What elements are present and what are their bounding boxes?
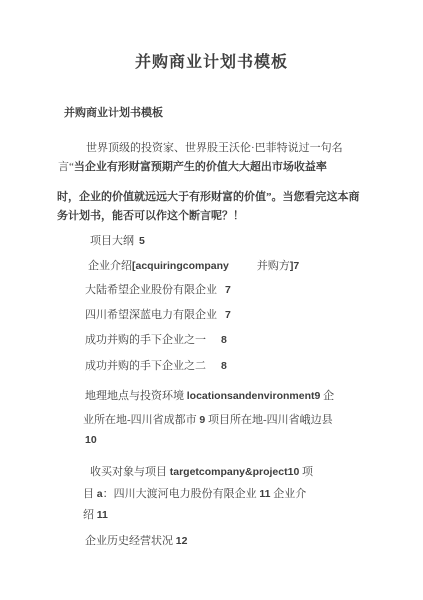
text-segment: 5	[139, 235, 145, 247]
document-title: 并购商业计划书模板	[0, 53, 423, 73]
text-segment: 大陆希望企业股份有限企业	[85, 284, 217, 296]
toc-entry-dalu-hope-company: 大陆希望企业股份有限企业7	[85, 283, 231, 297]
text-segment: 项目所在地-四川省峨边县	[205, 414, 332, 426]
text-segment: 11	[259, 488, 270, 500]
text-segment: 10	[85, 434, 97, 446]
text-segment: 目	[83, 488, 97, 500]
text-segment: 成功并购的手下企业之二	[85, 360, 206, 372]
text-segment: 收买对象与项目	[90, 466, 170, 478]
text-segment: 7	[225, 284, 231, 296]
text-segment: 企业介绍	[88, 260, 132, 272]
toc-entry-location-line2: 业所在地-四川省成都市 9 项目所在地-四川省峨边县	[83, 413, 333, 427]
toc-entry-target-line3: 绍 11	[83, 508, 108, 522]
text-segment: [acquiringcompany	[132, 260, 229, 272]
intro-paragraph2-line2: 务计划书，能否可以作这个断言呢？！	[57, 209, 244, 223]
document-subtitle: 并购商业计划书模板	[64, 106, 163, 120]
text-segment: 绍	[83, 509, 97, 521]
text-segment: 务计划书，能否可以作这个断言呢？！	[57, 210, 244, 222]
text-segment: locationsandenvironment9	[187, 390, 321, 402]
text-segment: 8	[221, 334, 227, 346]
text-segment: 11	[97, 509, 108, 521]
text-segment: 项	[299, 466, 313, 478]
text-segment: 12	[176, 535, 188, 547]
toc-entry-sichuan-hope-company: 四川希望深蓝电力有限企业7	[85, 308, 231, 322]
text-segment: 成功并购的手下企业之一	[85, 334, 206, 346]
text-segment: ]7	[290, 260, 299, 272]
toc-entry-acquired-company-2: 成功并购的手下企业之二8	[85, 359, 227, 373]
text-segment: 7	[225, 309, 231, 321]
text-segment: 当企业有形财富预期产生的价值大大超出市场收益率	[74, 161, 327, 173]
intro-paragraph1-line2: 言“当企业有形财富预期产生的价值大大超出市场收益率	[58, 160, 327, 174]
toc-entry-target-line1: 收买对象与项目 targetcompany&project10 项	[90, 465, 313, 479]
text-segment: 企业介	[270, 488, 306, 500]
text-segment: 。当您看完这本商	[272, 191, 360, 203]
toc-entry-company-intro: 企业介绍[acquiringcompany并购方]7	[88, 259, 299, 273]
text-segment: 8	[221, 360, 227, 372]
text-segment: 项目大纲	[90, 235, 134, 247]
toc-entry-target-line2: 目 a：四川大渡河电力股份有限企业 11 企业介	[83, 487, 306, 501]
document-page: 并购商业计划书模板 并购商业计划书模板 世界顶级的投资家、世界股王沃伦·巴菲特说…	[0, 0, 423, 600]
text-segment: 言“	[58, 161, 74, 173]
text-segment: 时，企业的价值就远远大于有形财富的价值”	[57, 191, 272, 203]
text-segment: 地理地点与投资环境	[85, 390, 187, 402]
text-segment: targetcompany&project10	[170, 466, 300, 478]
text-segment: 业所在地-四川省成都市	[83, 414, 199, 426]
text-segment: 企业历史经营状况	[85, 535, 176, 547]
text-segment: 并购方	[257, 260, 290, 272]
intro-paragraph1-line1: 世界顶级的投资家、世界股王沃伦·巴菲特说过一句名	[86, 141, 343, 155]
text-segment: 四川希望深蓝电力有限企业	[85, 309, 217, 321]
text-segment: ：四川大渡河电力股份有限企业	[103, 488, 260, 500]
text-segment: 世界顶级的投资家、世界股王沃伦·巴菲特说过一句名	[86, 142, 343, 154]
toc-entry-location-line1: 地理地点与投资环境 locationsandenvironment9 企	[85, 389, 334, 403]
toc-entry-company-history: 企业历史经营状况 12	[85, 534, 187, 548]
toc-entry-acquired-company-1: 成功并购的手下企业之一8	[85, 333, 227, 347]
toc-entry-project-outline: 项目大纲5	[90, 234, 145, 248]
text-segment: 企	[320, 390, 334, 402]
intro-paragraph2-line1: 时，企业的价值就远远大于有形财富的价值”。当您看完这本商	[57, 190, 360, 204]
toc-entry-location-line3: 10	[85, 433, 97, 447]
